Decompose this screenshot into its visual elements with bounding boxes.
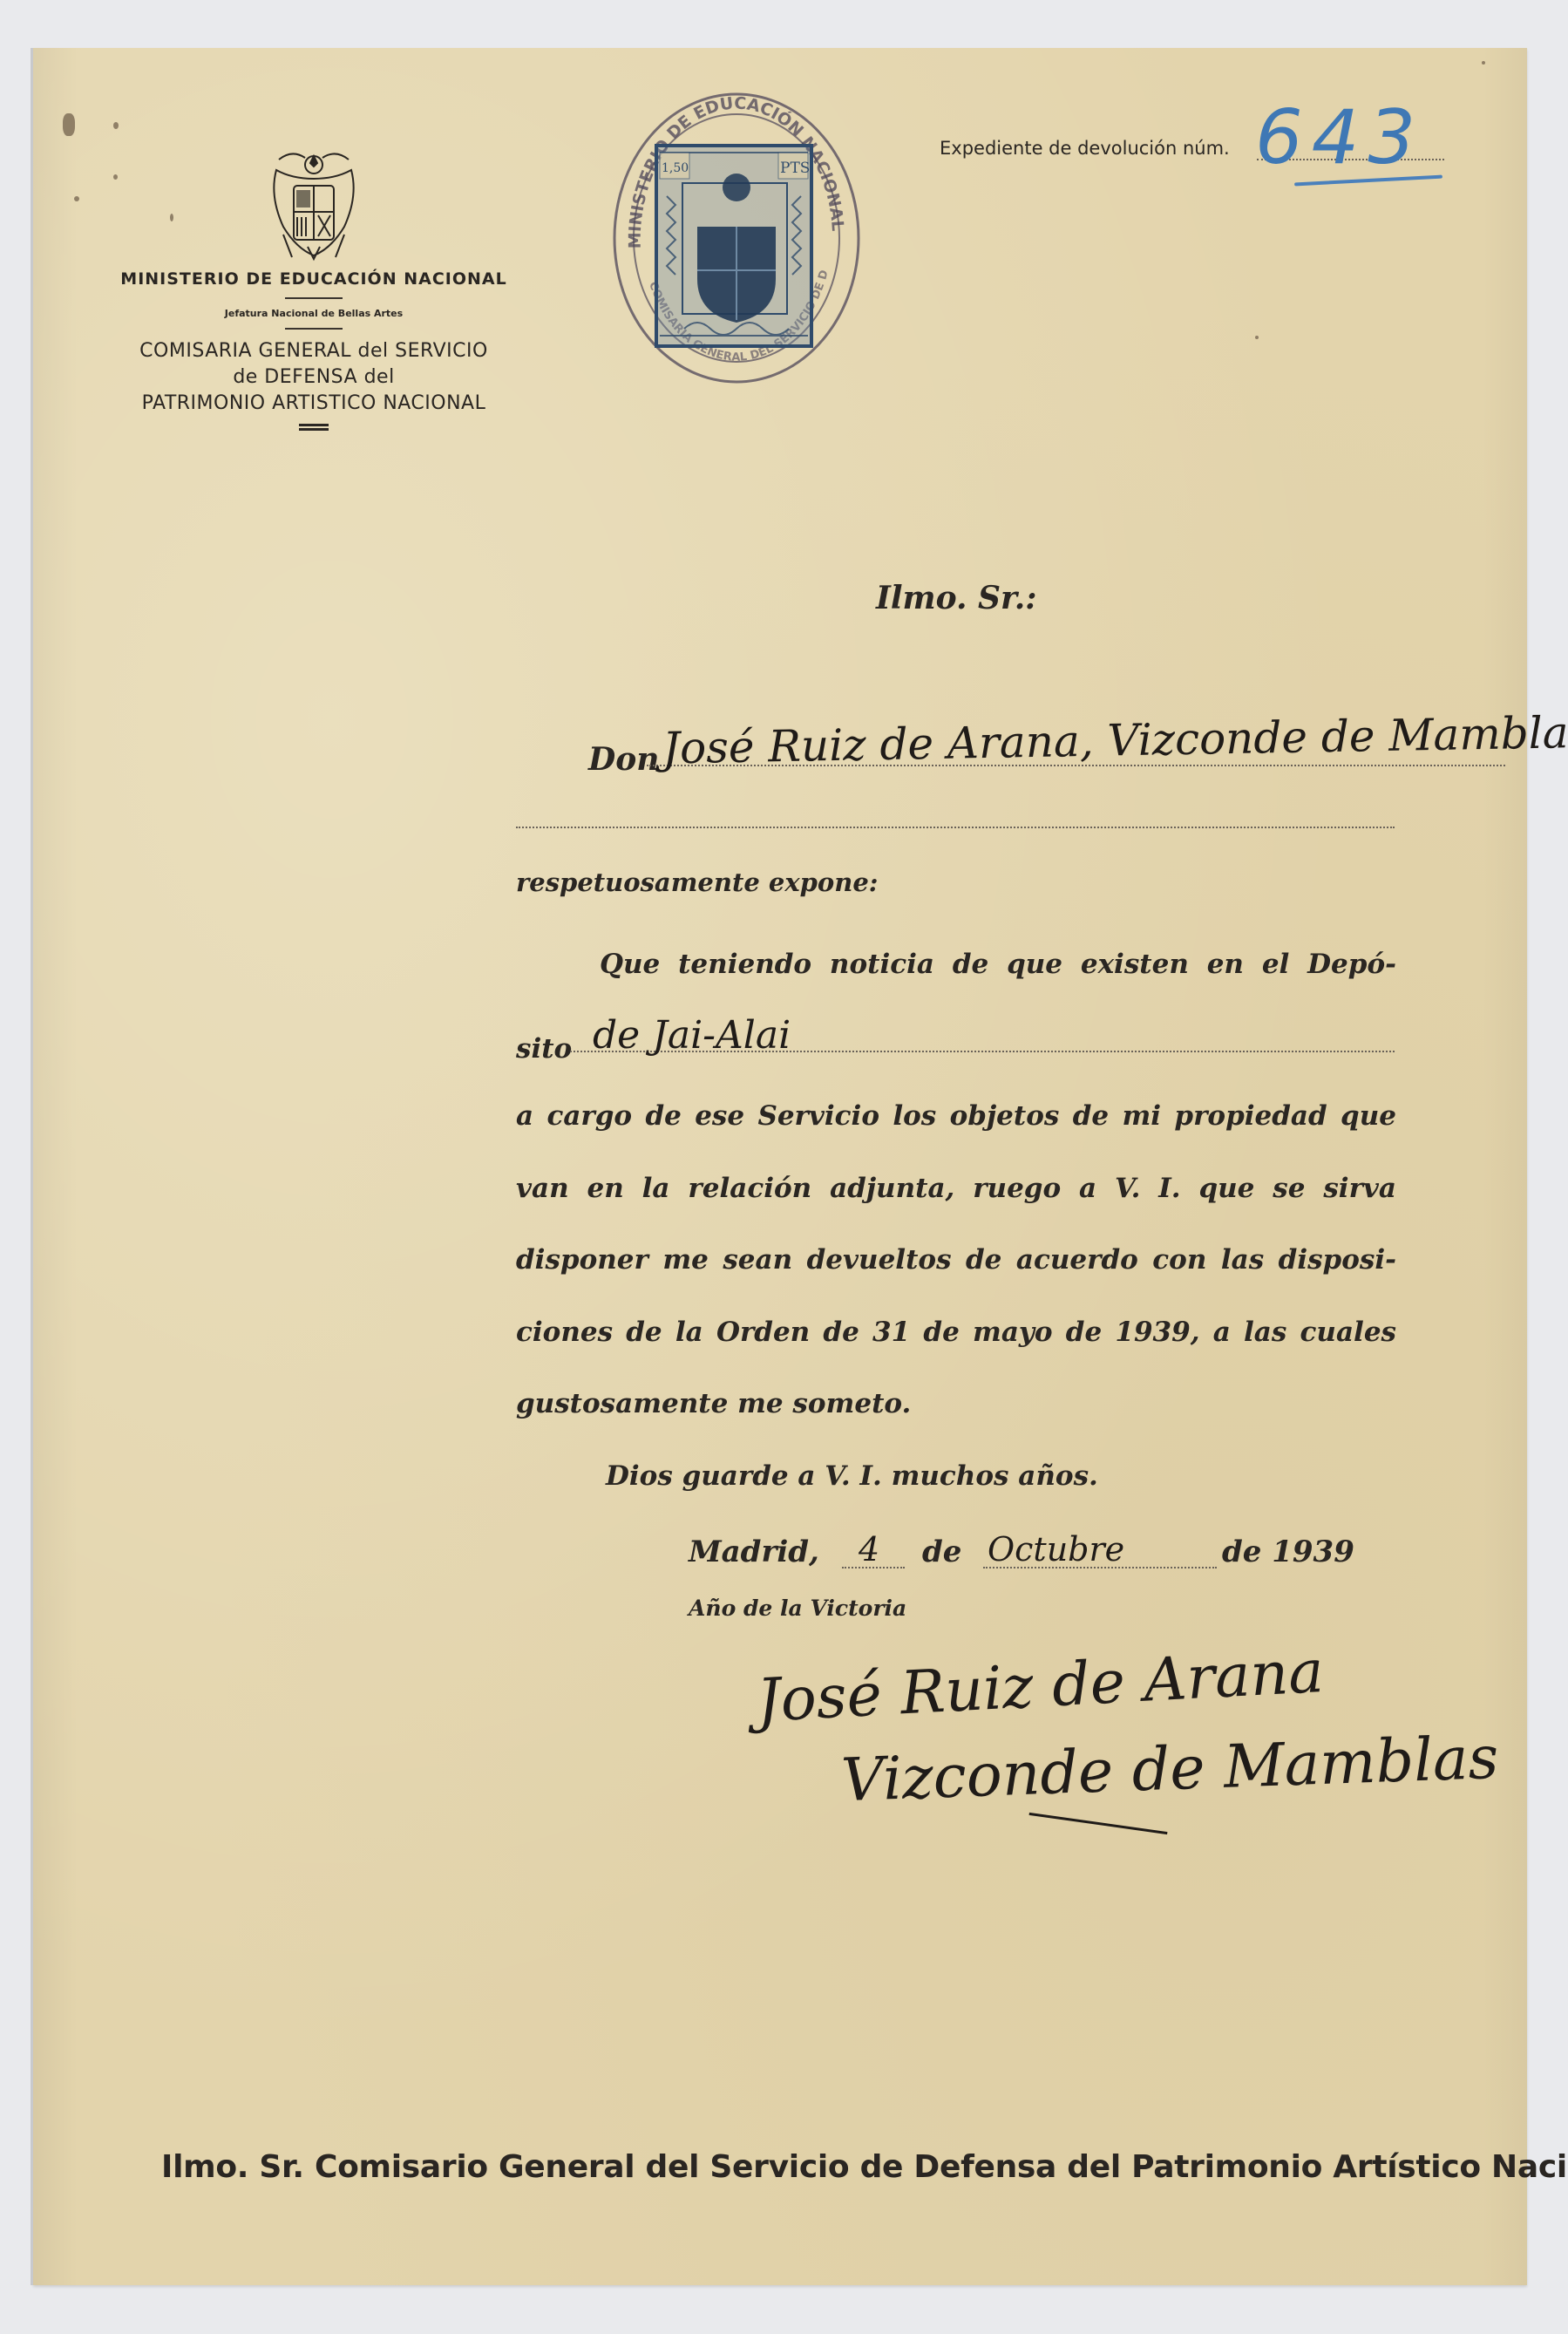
date-year: de 1939 [1222, 1534, 1354, 1569]
fiscal-stamp: MINISTERIO DE EDUCACIÓN NACIONAL COMISAR… [606, 83, 867, 388]
date-city: Madrid, [689, 1534, 819, 1569]
month-handwritten: Octubre [988, 1530, 1124, 1568]
name-dotted-line-2 [516, 827, 1395, 828]
date-de: de [922, 1534, 961, 1569]
foxing-mark [1255, 336, 1259, 339]
salutation: Ilmo. Sr.: [876, 580, 1037, 616]
body-line: van en la relación adjunta, ruego a V. I… [516, 1173, 1396, 1204]
comisaria-line: COMISARIA GENERAL del SERVICIO [96, 338, 532, 364]
letterhead: MINISTERIO DE EDUCACIÓN NACIONAL Jefatur… [96, 144, 532, 431]
day-handwritten: 4 [859, 1530, 879, 1568]
body-line: ciones de la Orden de 31 de mayo de 1939… [516, 1317, 1396, 1348]
expone-line: respetuosamente expone: [516, 868, 879, 897]
deposit-handwritten: de Jai-Alai [593, 1013, 791, 1058]
divider [285, 328, 343, 330]
jefatura-name: Jefatura Nacional de Bellas Artes [96, 308, 532, 319]
foxing-mark [1482, 61, 1485, 65]
don-label: Don [588, 741, 659, 778]
body-last-line: gustosamente me someto. [516, 1388, 911, 1419]
expediente-number: 643 [1255, 94, 1424, 181]
body-line-1: Que teniendo noticia de que existen en e… [600, 949, 1396, 980]
comisaria-name: COMISARIA GENERAL del SERVICIO de DEFENS… [96, 338, 532, 417]
svg-text:PTS: PTS [780, 160, 810, 177]
divider [285, 297, 343, 299]
comisaria-line: de DEFENSA del [96, 364, 532, 391]
foxing-mark [63, 113, 75, 136]
body-line: disponer me sean devueltos de acuerdo co… [516, 1244, 1396, 1276]
ano-de-la-victoria: Año de la Victoria [689, 1596, 906, 1621]
foxing-mark [113, 122, 119, 129]
closing-line: Dios guarde a V. I. muchos años. [606, 1460, 1098, 1492]
comisaria-line: PATRIMONIO ARTISTICO NACIONAL [96, 391, 532, 417]
coat-of-arms-icon [266, 144, 362, 266]
foxing-mark [74, 196, 79, 201]
body-line: a cargo de ese Servicio los objetos de m… [516, 1100, 1396, 1132]
expediente-label: Expediente de devolución núm. [940, 138, 1230, 159]
ministry-name: MINISTERIO DE EDUCACIÓN NACIONAL [96, 269, 532, 289]
double-rule [299, 424, 329, 431]
addressee-footer: Ilmo. Sr. Comisario General del Servicio… [161, 2149, 1568, 2185]
sito-label: sito [516, 1033, 572, 1065]
svg-text:1,50: 1,50 [662, 161, 689, 175]
